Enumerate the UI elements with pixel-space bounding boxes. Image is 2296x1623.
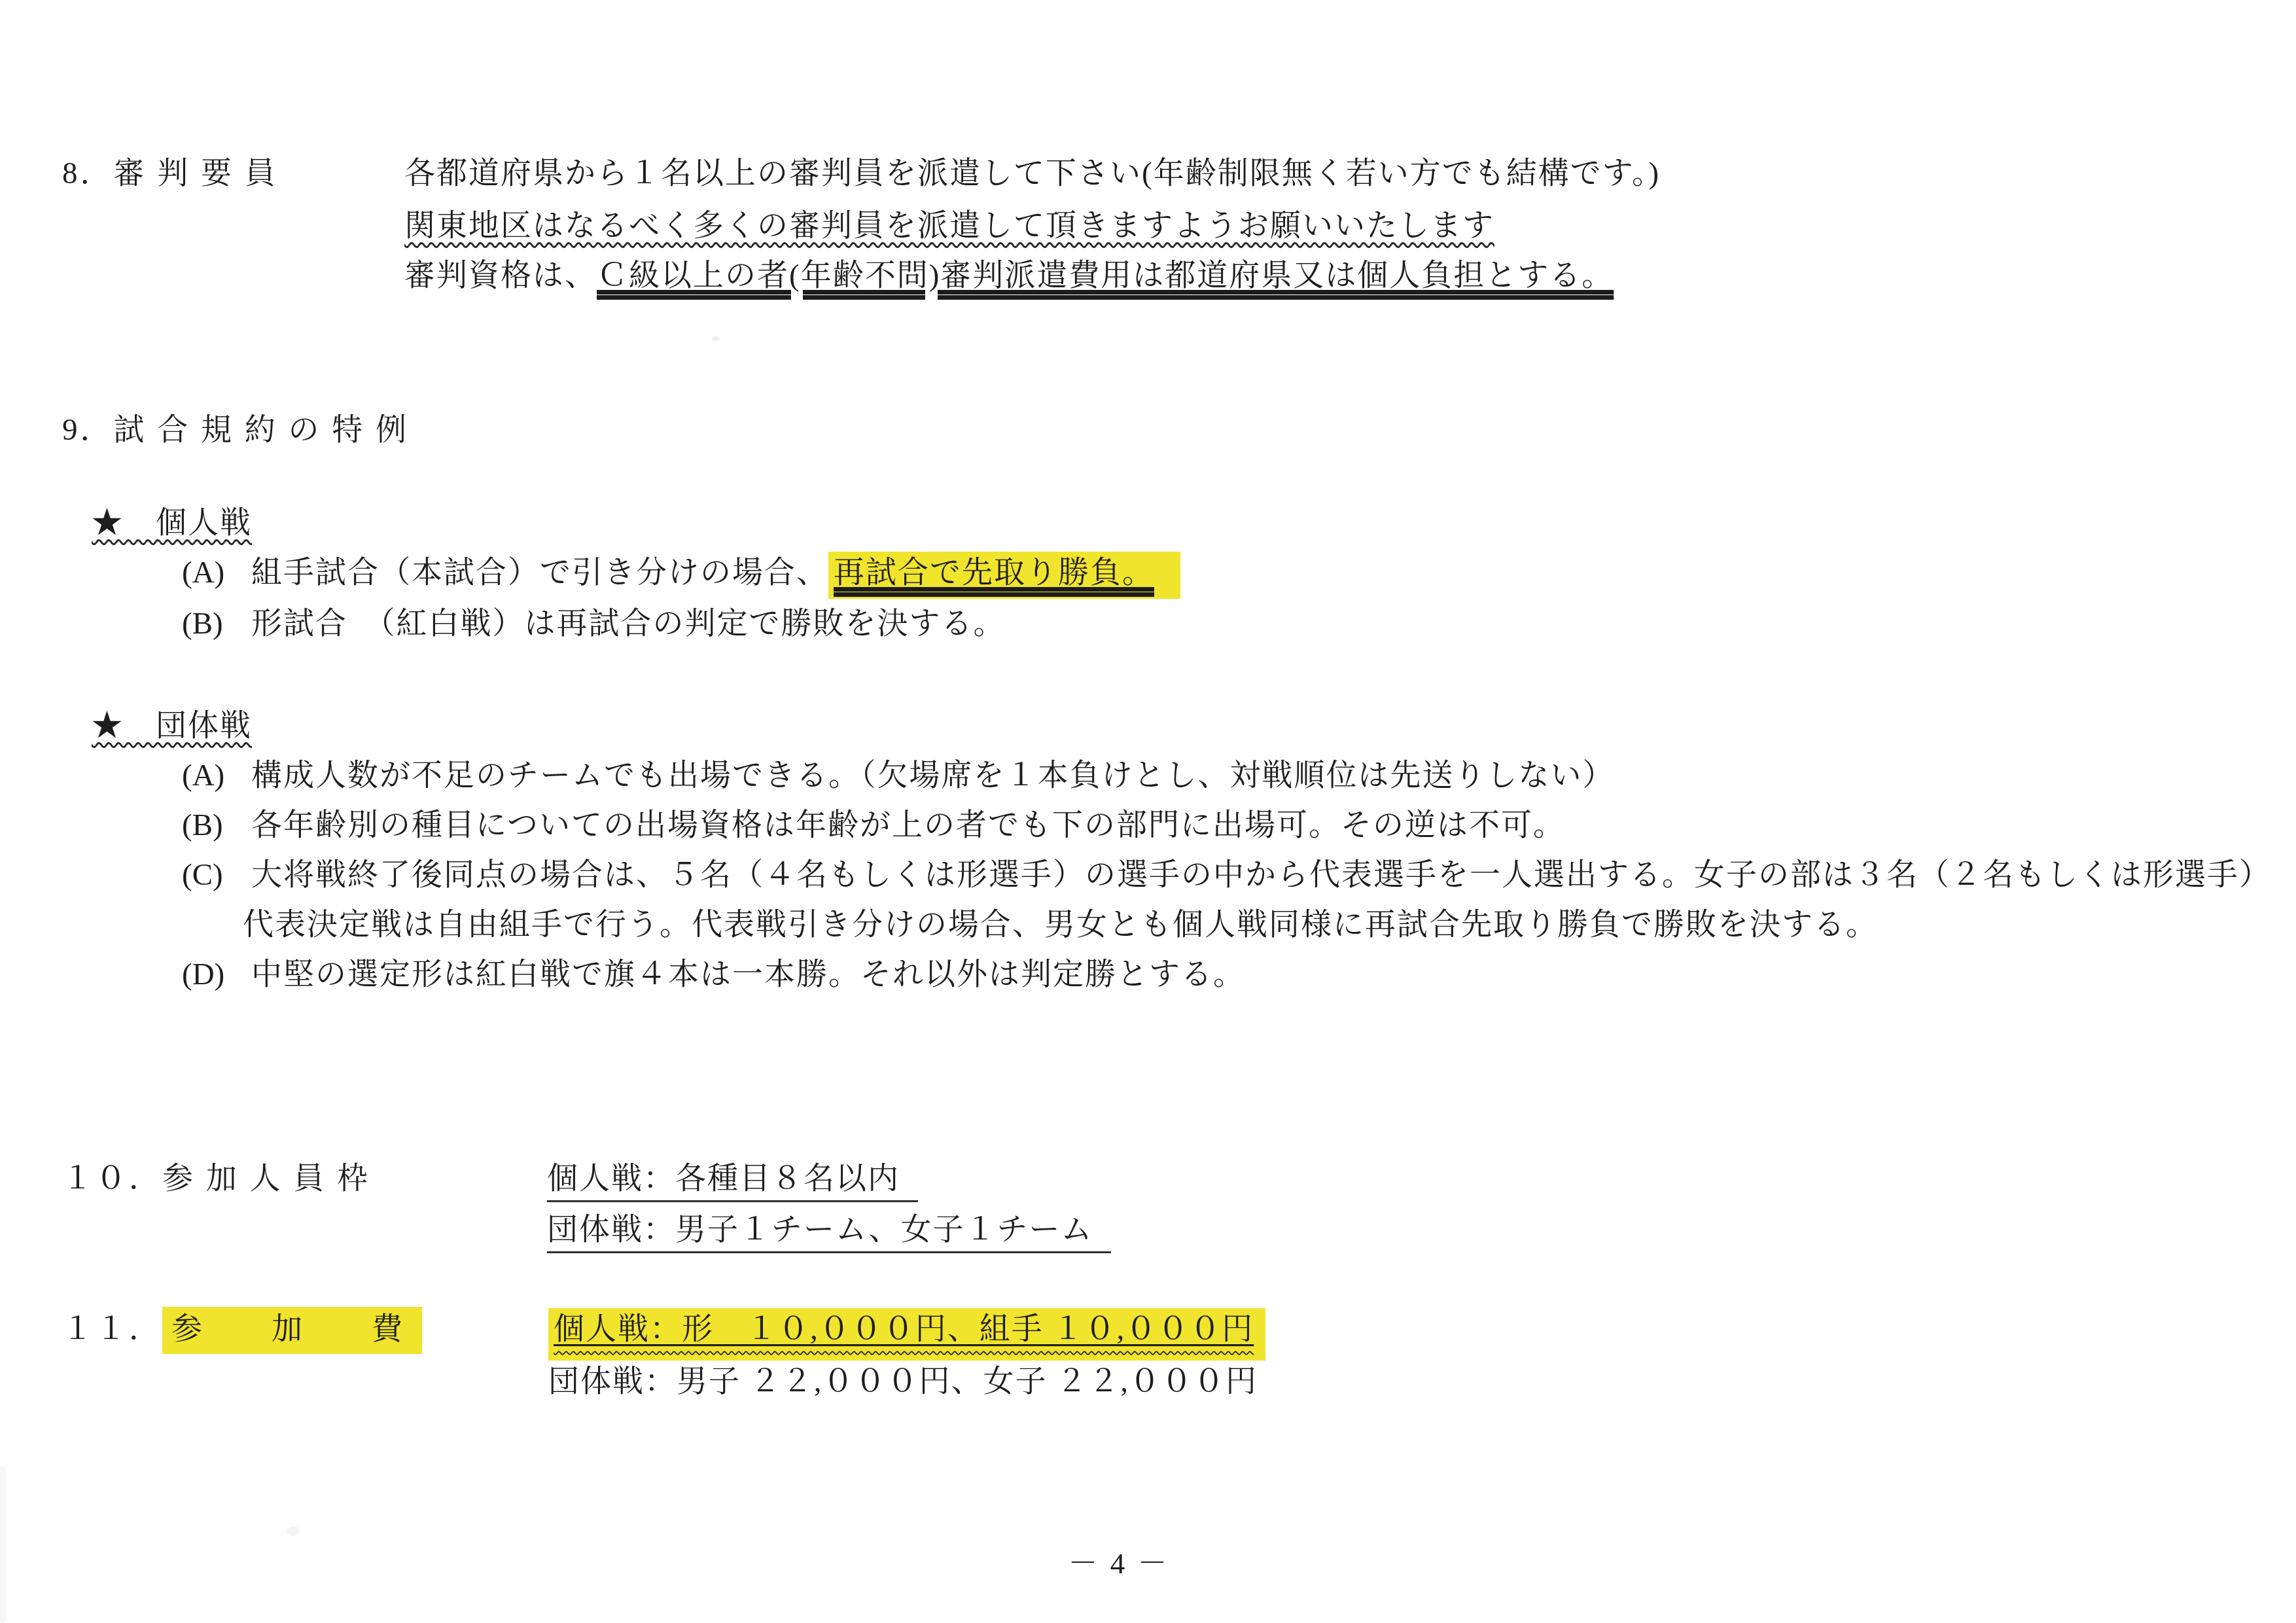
section-9-title: 試 合 規 約 の 特 例 [114,413,410,447]
item-marker: (B) [182,806,251,845]
item-marker: (D) [182,955,251,994]
section-8-line-3-prefix: 審判資格は、 [404,259,597,293]
individual-item-b-text: 形試合 （紅白戦）は再試合の判定で勝敗を決する。 [251,607,1006,641]
team-item-d: (D)中堅の選定形は紅白戦で旗４本は一本勝。それ以外は判定勝とする。 [182,955,1245,994]
item-marker: (A) [182,554,251,592]
team-item-c-continuation-text: 代表決定戦は自由組手で行う。代表戦引き分けの場合、男女とも個人戦同様に再試合先取… [243,908,1878,942]
section-10-line-2: 団体戦：男子１チーム、女子１チーム [547,1211,1111,1249]
team-subheading: ★ 団体戦 [92,707,252,745]
section-8-line-1-text: 各都道府県から１名以上の審判員を派遣して下さい(年齢制限無く若い方でも結構です。… [404,156,1660,190]
section-8-number: 8． [62,156,114,190]
section-9-heading: 9．試 合 規 約 の 特 例 [62,411,409,450]
team-star-label: ★ 団体戦 [92,709,252,743]
section-8-line-2-text: 関東地区はなるべく多くの審判員を派遣して頂きますようお願いいたします [404,209,1494,243]
section-11-individual-fee-text: 個人戦：形 １０,０００円、組手 １０,０００円 [554,1312,1254,1346]
individual-item-a: (A)組手試合（本試合）で引き分けの場合、再試合で先取り勝負。 [182,554,1180,592]
section-8-line-1: 各都道府県から１名以上の審判員を派遣して下さい(年齢制限無く若い方でも結構です。… [404,154,1660,193]
team-item-c: (C)大将戦終了後同点の場合は、５名（４名もしくは形選手）の選手の中から代表選手… [182,856,2271,895]
section-10-heading: １０．参 加 人 員 枠 [62,1160,370,1198]
section-11-line-2: 団体戦：男子 ２２,０００円、女子 ２２,０００円 [548,1363,1258,1401]
individual-star-label: ★ 個人戦 [92,506,252,540]
team-item-a: (A)構成人数が不足のチームでも出場できる。（欠場席を１本負けとし、対戦順位は先… [182,757,1615,795]
team-item-b: (B)各年齢別の種目についての出場資格は年齢が上の者でも下の部門に出場可。その逆… [182,806,1565,845]
section-11-team-fee-text: 団体戦：男子 ２２,０００円、女子 ２２,０００円 [548,1364,1258,1399]
team-item-c-continuation: 代表決定戦は自由組手で行う。代表戦引き分けの場合、男女とも個人戦同様に再試合先取… [243,906,1878,944]
section-10-individual-limit: 個人戦：各種目８名以内 [547,1162,918,1202]
item-marker: (C) [182,856,251,895]
team-item-b-text: 各年齢別の種目についての出場資格は年齢が上の者でも下の部門に出場可。その逆は不可… [251,808,1565,842]
section-8-line-3: 審判資格は、Ｃ級以上の者(年齢不問)審判派遣費用は都道府県又は個人負担とする。 [404,257,1614,295]
item-marker: (B) [182,605,251,643]
section-11-line-1: 個人戦：形 １０,０００円、組手 １０,０００円 [548,1310,1265,1349]
team-item-c-text: 大将戦終了後同点の場合は、５名（４名もしくは形選手）の選手の中から代表選手を一人… [251,858,2271,892]
section-10-line-1: 個人戦：各種目８名以内 [547,1160,918,1198]
document-page: 8．審 判 要 員 各都道府県から１名以上の審判員を派遣して下さい(年齢制限無く… [0,0,2296,1623]
scan-speck [287,1526,300,1536]
section-9-number: 9． [62,413,114,447]
scan-edge-streak [0,1466,6,1623]
individual-item-a-text: 組手試合（本試合）で引き分けの場合、 [251,556,828,590]
team-item-d-text: 中堅の選定形は紅白戦で旗４本は一本勝。それ以外は判定勝とする。 [251,957,1245,991]
individual-item-a-highlight: 再試合で先取り勝負。 [828,552,1180,599]
section-8-line-3-underlined: Ｃ級以上の者(年齢不問)審判派遣費用は都道府県又は個人負担とする。 [597,259,1614,293]
section-10-title: 参 加 人 員 枠 [162,1162,370,1196]
team-item-a-text: 構成人数が不足のチームでも出場できる。（欠場席を１本負けとし、対戦順位は先送りし… [251,758,1615,793]
section-11-individual-fee-highlight: 個人戦：形 １０,０００円、組手 １０,０００円 [548,1308,1265,1361]
section-10-team-limit: 団体戦：男子１チーム、女子１チーム [547,1213,1111,1253]
individual-subheading: ★ 個人戦 [92,504,252,543]
scan-speck [712,336,720,341]
section-11-number: １１． [62,1312,162,1346]
item-marker: (A) [182,757,251,795]
section-10-number: １０． [62,1162,162,1196]
section-8-title: 審 判 要 員 [114,156,278,190]
section-8-line-2: 関東地区はなるべく多くの審判員を派遣して頂きますようお願いいたします [404,207,1494,245]
section-8-heading: 8．審 判 要 員 [62,154,278,193]
individual-item-b: (B)形試合 （紅白戦）は再試合の判定で勝敗を決する。 [182,605,1006,643]
page-number: － 4 － [1021,1539,1217,1582]
section-11-title-highlight: 参 加 費 [162,1307,422,1354]
section-11-heading: １１．参 加 費 [62,1310,422,1349]
